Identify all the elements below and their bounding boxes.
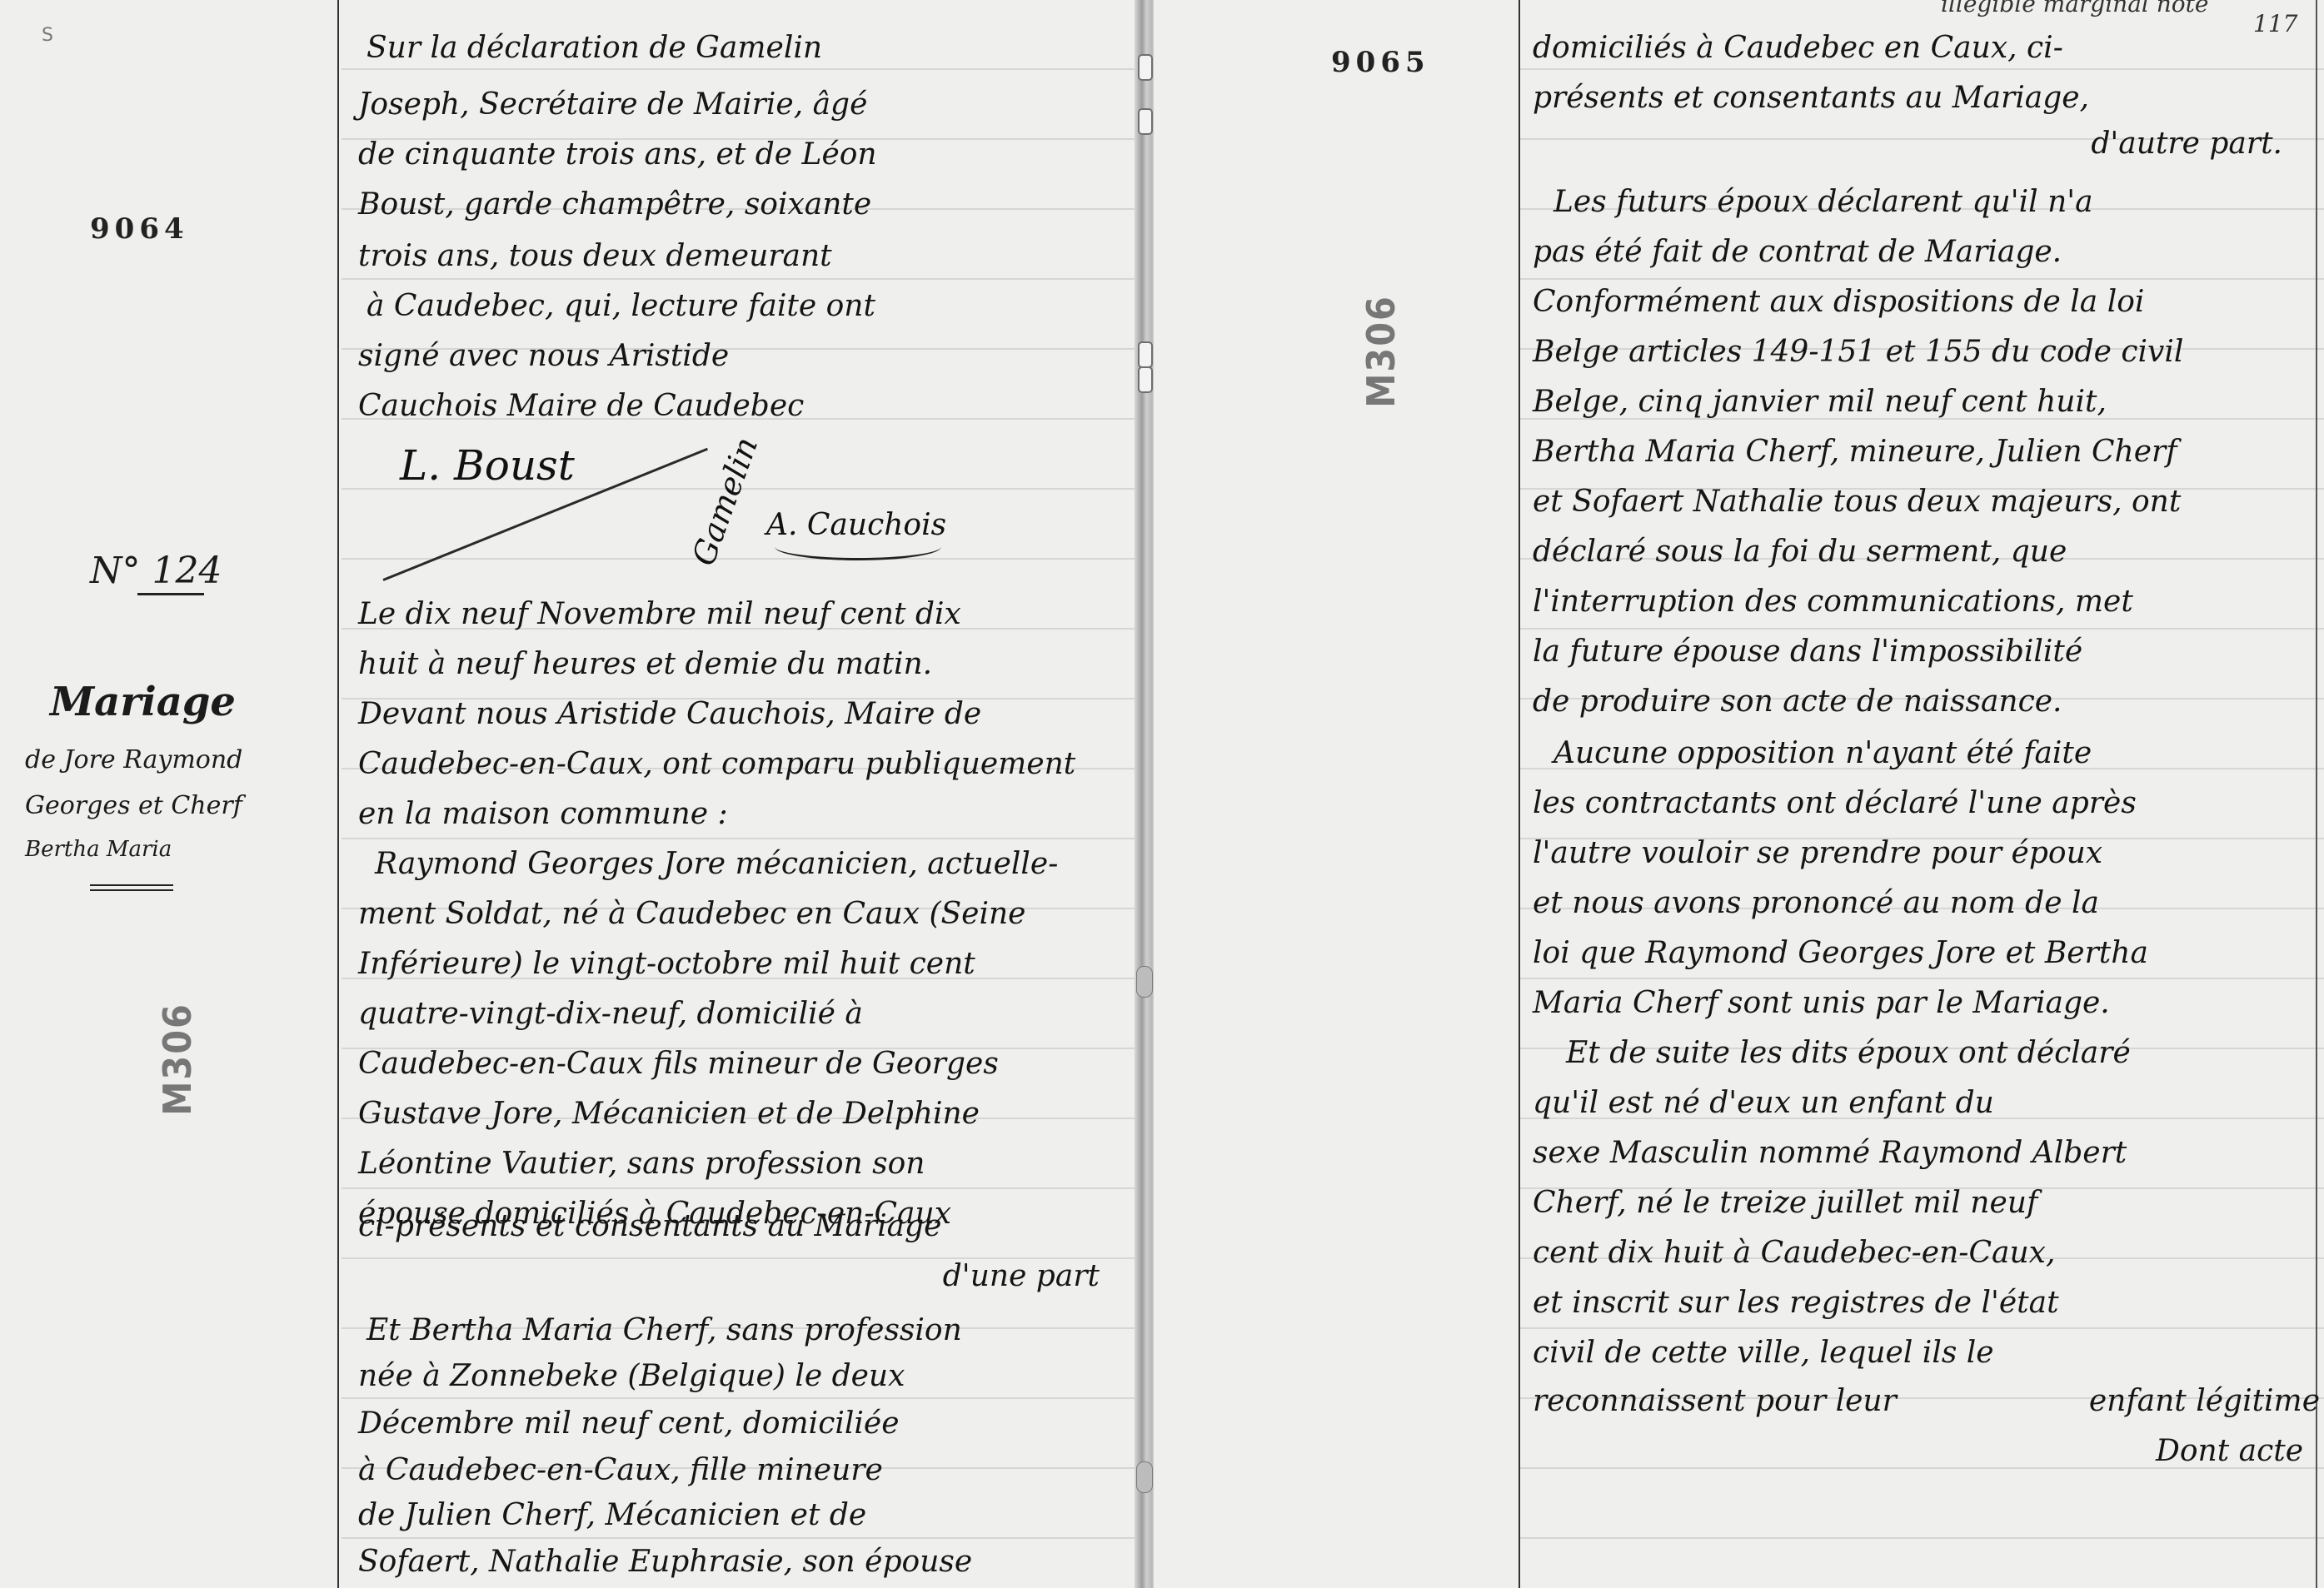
text-line: Cherf, né le treize juillet mil neuf — [1533, 1188, 2037, 1218]
left-page: S 9064 N° 124 Mariage de Jore Raymond Ge… — [0, 0, 1145, 1588]
text-line: Joseph, Secrétaire de Mairie, âgé — [358, 90, 867, 120]
page-edge — [2316, 0, 2317, 1588]
text-line: quatre-vingt-dix-neuf, domicilié à — [358, 999, 863, 1029]
text-line: présents et consentants au Mariage, — [1533, 83, 2089, 113]
text-line: à Caudebec-en-Caux, fille mineure — [358, 1456, 883, 1486]
margin-rule — [1519, 0, 1520, 1588]
text-line: l'autre vouloir se prendre pour époux — [1533, 839, 2102, 869]
page-number-stamp: 9065 — [1331, 46, 1430, 79]
margin-line: Georges et Cherf — [25, 791, 242, 820]
text-line: Décembre mil neuf cent, domiciliée — [358, 1409, 900, 1439]
text-line: pas été fait de contrat de Mariage. — [1533, 237, 2062, 267]
margin-title: Mariage — [50, 679, 236, 725]
right-page: 9065 M306 illegible marginal note 117 do… — [1154, 0, 2324, 1588]
text-line: Caudebec-en-Caux fils mineur de Georges — [358, 1049, 999, 1079]
text-line: Et Bertha Maria Cherf, sans profession — [367, 1316, 962, 1346]
text-line: Belge articles 149-151 et 155 du code ci… — [1533, 337, 2183, 367]
text-line: Gustave Jore, Mécanicien et de Delphine — [358, 1099, 980, 1129]
text-line: Le dix neuf Novembre mil neuf cent dix — [358, 600, 961, 630]
text-line: Maria Cherf sont unis par le Mariage. — [1533, 988, 2110, 1018]
binding-stitch — [1138, 108, 1153, 135]
binding-ring — [1136, 1461, 1153, 1493]
text-line: cent dix huit à Caudebec-en-Caux, — [1533, 1238, 2055, 1268]
text-line: Et de suite les dits époux ont déclaré — [1566, 1038, 2131, 1068]
binding-ring — [1136, 966, 1153, 998]
text-line: civil de cette ville, lequel ils le — [1533, 1338, 1994, 1368]
marriage-body-text: ci-présents et consentants au Mariage d'… — [358, 1212, 1133, 1312]
text-line: sexe Masculin nommé Raymond Albert — [1533, 1138, 2127, 1168]
text-line: et nous avons prononcé au nom de la — [1533, 889, 2099, 918]
margin-rule — [337, 0, 339, 1588]
text-line: née à Zonnebeke (Belgique) le deux — [358, 1361, 905, 1391]
archive-stamp: M306 — [155, 1003, 200, 1116]
archive-stamp: M306 — [1359, 295, 1404, 408]
text-line: déclaré sous la foi du serment, que — [1533, 537, 2067, 567]
binding-stitch — [1138, 366, 1153, 393]
text-line: Bertha Maria Cherf, mineure, Julien Cher… — [1533, 437, 2177, 467]
margin-divider — [90, 889, 173, 891]
text-line: reconnaissent pour leur — [1533, 1386, 1897, 1416]
page-number-stamp: 9064 — [90, 212, 189, 246]
text-line: Sur la déclaration de Gamelin — [367, 33, 822, 63]
contract-body-text: Les futurs époux déclarent qu'il n'a pas… — [1533, 179, 2316, 1361]
binding-stitch — [1138, 341, 1153, 368]
bride-text: Et Bertha Maria Cherf, sans profession n… — [358, 1316, 1133, 1588]
text-line: domiciliés à Caudebec en Caux, ci- — [1533, 33, 2063, 63]
text-line: signé avec nous Aristide — [358, 341, 729, 371]
text-line: loi que Raymond Georges Jore et Bertha — [1533, 938, 2148, 968]
text-line: Les futurs époux déclarent qu'il n'a — [1553, 187, 2093, 217]
text-line: huit à neuf heures et demie du matin. — [358, 650, 932, 680]
text-line: les contractants ont déclaré l'une après — [1533, 789, 2137, 819]
text-line: la future épouse dans l'impossibilité — [1533, 637, 2082, 667]
text-line: Inférieure) le vingt-octobre mil huit ce… — [358, 949, 975, 979]
acte-number-underline — [137, 593, 204, 595]
text-line: en la maison commune : — [358, 799, 728, 829]
text-line: Sofaert, Nathalie Euphrasie, son épouse — [358, 1547, 972, 1577]
consent-text: domiciliés à Caudebec en Caux, ci- prése… — [1533, 0, 2316, 142]
text-line: et inscrit sur les registres de l'état — [1533, 1288, 2059, 1318]
text-line: de cinquante trois ans, et de Léon — [358, 140, 877, 170]
signature-flourish — [775, 533, 941, 560]
closing-line: enfant légitime — [2089, 1386, 2320, 1416]
text-line: qu'il est né d'eux un enfant du — [1533, 1088, 1994, 1118]
text-line: Conformément aux dispositions de la loi — [1533, 287, 2144, 317]
text-line: l'interruption des communications, met — [1533, 587, 2133, 617]
text-line: Cauchois Maire de Caudebec — [358, 391, 804, 421]
text-line: Boust, garde champêtre, soixante — [358, 190, 871, 220]
dont-acte: Dont acte — [2156, 1436, 2303, 1466]
text-line: Devant nous Aristide Cauchois, Maire de — [358, 699, 981, 729]
text-line: Caudebec-en-Caux, ont comparu publiqueme… — [358, 749, 1075, 779]
binding-stitch — [1138, 54, 1153, 81]
margin-line: de Jore Raymond — [25, 745, 242, 774]
text-line: Aucune opposition n'ayant été faite — [1553, 739, 2092, 769]
corner-mark: S — [42, 25, 53, 46]
closing-text: reconnaissent pour leur enfant légitime … — [1533, 1386, 2320, 1503]
dune-part: d'une part — [943, 1262, 1100, 1292]
text-line: ment Soldat, né à Caudebec en Caux (Sein… — [358, 899, 1025, 929]
text-line: Belge, cinq janvier mil neuf cent huit, — [1533, 387, 2107, 417]
acte-number: N° 124 — [90, 550, 222, 592]
text-line: trois ans, tous deux demeurant — [358, 241, 832, 271]
text-line: à Caudebec, qui, lecture faite ont — [367, 291, 875, 321]
margin-divider — [90, 884, 173, 886]
text-line: de Julien Cherf, Mécanicien et de — [358, 1501, 866, 1531]
text-line: Léontine Vautier, sans profession son — [358, 1149, 925, 1179]
text-line: ci-présents et consentants au Mariage — [358, 1212, 941, 1242]
text-line: de produire son acte de naissance. — [1533, 687, 2062, 717]
dautre-part: d'autre part. — [2091, 129, 2282, 159]
text-line: et Sofaert Nathalie tous deux majeurs, o… — [1533, 487, 2181, 517]
text-line: Raymond Georges Jore mécanicien, actuell… — [375, 849, 1058, 879]
declaration-text: Sur la déclaration de Gamelin Joseph, Se… — [358, 0, 1133, 400]
signature-boust: L. Boust — [400, 441, 575, 490]
margin-line: Bertha Maria — [25, 837, 172, 862]
marriage-body-text: Le dix neuf Novembre mil neuf cent dix h… — [358, 583, 1133, 1216]
